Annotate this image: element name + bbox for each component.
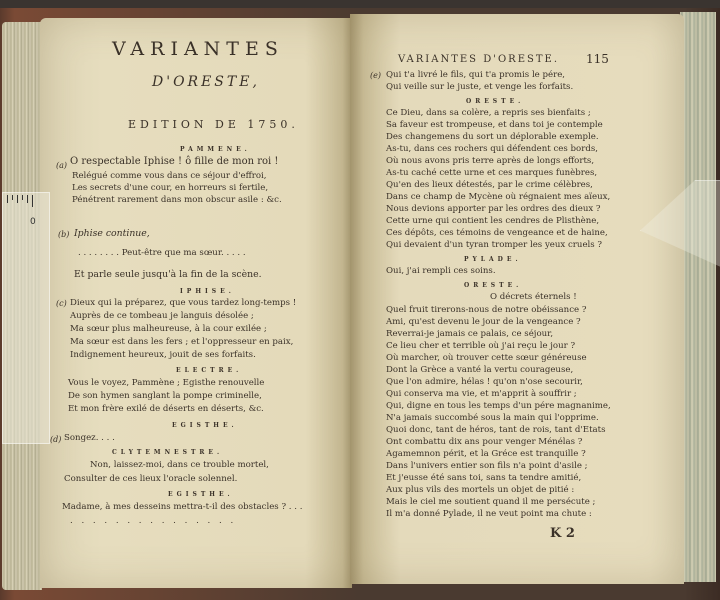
verse-line: Il m'a donné Pylade, il ne veut point ma…	[386, 509, 592, 519]
page-subtitle: D'ORESTE,	[152, 74, 260, 90]
verse-line: Que l'on admire, hélas ! qu'on n'ose sec…	[386, 377, 583, 387]
variant-mark: (e)	[370, 71, 381, 80]
speaker-label: ORESTE.	[464, 282, 522, 289]
ruler-zero-label: 0	[30, 217, 36, 227]
ruler-tick	[32, 195, 33, 207]
edition-heading: EDITION DE 1750.	[128, 118, 299, 131]
verse-line: Quel fruit tirerons-nous de notre obéiss…	[386, 305, 586, 315]
speaker-label: EGISTHE.	[168, 491, 234, 498]
verse-line: Madame, à mes desseins mettra-t-il des o…	[62, 502, 302, 512]
verse-line: Ce lieu cher et terrible où j'ai reçu le…	[386, 341, 575, 351]
verse-line: Qui veille sur le juste, et venge les fo…	[386, 82, 573, 92]
running-head: VARIANTES D'ORESTE.	[398, 54, 559, 65]
variant-mark: (b)	[58, 230, 69, 239]
ruler-tick	[22, 195, 23, 200]
verse-line: Qui t'a livré le fils, qui t'a promis le…	[386, 70, 565, 80]
verse-line: Non, laissez-moi, dans ce trouble mortel…	[90, 460, 269, 470]
verse-line: Dieux qui la préparez, que vous tardez l…	[70, 298, 296, 308]
verse-line: Relégué comme vous dans ce séjour d'effr…	[72, 171, 267, 181]
speaker-label: CLYTEMNESTRE.	[112, 449, 223, 456]
verse-line: Où nous avons pris terre après de longs …	[386, 156, 594, 166]
verse-line: Auprès de ce tombeau je languis désolée …	[70, 311, 254, 321]
speaker-label: IPHISE.	[180, 288, 235, 295]
variant-mark: (d)	[50, 435, 61, 444]
verse-line: Dont la Grèce a vanté la vertu courageus…	[386, 365, 573, 375]
verse-line: Qu'en des lieux détestés, par le crime c…	[386, 180, 593, 190]
speaker-label: ORESTE.	[466, 98, 524, 105]
verse-line: Ami, qu'est devenu le jour de la vengean…	[386, 317, 581, 327]
verse-line: Où marcher, où trouver cette sœur génére…	[386, 353, 587, 363]
ruler-tick	[17, 195, 18, 203]
verse-line: Et j'eusse été sans toi, sans ta tendre …	[386, 473, 581, 483]
verse-line: Vous le voyez, Pammène ; Egisthe renouve…	[68, 378, 264, 388]
verse-line: N'a jamais succombé sous la main qui l'o…	[386, 413, 599, 423]
ruler-tick	[12, 195, 13, 200]
verse-line: O respectable Iphise ! ô fille de mon ro…	[70, 156, 278, 167]
verse-line: Dans ce champ de Mycène où régnaient mes…	[386, 192, 610, 202]
verse-line: Et mon frère exilé de déserts en déserts…	[68, 404, 264, 414]
verse-line: Ma sœur plus malheureuse, à la cour exil…	[70, 324, 267, 334]
verse-line: Des changemens du sort un déplorable exe…	[386, 132, 599, 142]
verse-line: Dans l'univers entier son fils n'a point…	[386, 461, 588, 471]
verse-line: Cette urne qui contient les cendres de P…	[386, 216, 599, 226]
verse-line: Quoi donc, tant de héros, tant de rois, …	[386, 425, 606, 435]
speaker-label: ELECTRE.	[176, 367, 242, 374]
verse-line: Consulter de ces lieux l'oracle solennel…	[64, 474, 237, 484]
verse-line: Nous devions apporter par les ordres des…	[386, 204, 601, 214]
verse-line: Ce Dieu, dans sa colère, a repris ses bi…	[386, 108, 591, 118]
verse-line: O décrets éternels !	[490, 292, 577, 302]
verse-line: Sa faveur est trompeuse, et dans toi je …	[386, 120, 603, 130]
verse-line: Oui, j'ai rempli ces soins.	[386, 266, 496, 276]
speaker-label: PAMMENE.	[180, 146, 251, 153]
verse-line: Ont combattu dix ans pour venger Ménélas…	[386, 437, 582, 447]
speaker-label: PYLADE.	[464, 256, 522, 263]
variant-mark: (a)	[56, 161, 67, 170]
right-page-edges	[680, 12, 716, 582]
verse-line: Songez. . . .	[64, 433, 115, 443]
page-title: VARIANTES	[112, 38, 284, 60]
right-page: VARIANTES D'ORESTE. 115 (e) Qui t'a livr…	[350, 14, 684, 584]
ellipsis-line: . . . . . . . . . . . . . . .	[70, 516, 236, 526]
verse-line: Reverrai-je jamais ce palais, ce séjour,	[386, 329, 553, 339]
verse-line: Mais le ciel me soutient quand il me per…	[386, 497, 595, 507]
verse-line: Les secrets d'une cour, en horreurs si f…	[72, 183, 268, 193]
verse-line: Qui conserva ma vie, et m'apprit à souff…	[386, 389, 577, 399]
signature-mark: K 2	[550, 526, 575, 541]
verse-line: Pénétrent rarement dans mon obscur asile…	[72, 195, 282, 205]
verse-line: Ma sœur est dans les fers ; et l'oppress…	[70, 337, 293, 347]
ellipsis-line: . . . . . . . . Peut-être que ma sœur. .…	[78, 248, 246, 258]
ruler-tick	[27, 195, 28, 203]
stage-direction: Et parle seule jusqu'à la fin de la scèn…	[74, 269, 262, 280]
verse-line: Qui devaient d'un tyran tromper les yeux…	[386, 240, 602, 250]
page-number: 115	[586, 52, 609, 66]
verse-line: As-tu, dans ces rochers qui défendent ce…	[386, 144, 598, 154]
speaker-label: EGISTHE.	[172, 422, 238, 429]
verse-line: Indignement heureux, jouit de ses forfai…	[70, 350, 256, 360]
verse-line: De son hymen sanglant la pompe criminell…	[68, 391, 262, 401]
verse-line: Ces dépôts, ces témoins de vengeance et …	[386, 228, 608, 238]
ruler-tick	[7, 195, 8, 203]
verse-line: Agamemnon périt, et la Gréce est tranqui…	[386, 449, 586, 459]
verse-line: Qui, digne en tous les temps d'un pére m…	[386, 401, 611, 411]
variant-mark: (c)	[56, 299, 67, 308]
verse-line: Aux plus vils des mortels un objet de pi…	[386, 485, 574, 495]
measuring-ruler: 0	[2, 192, 50, 444]
verse-line: As-tu caché cette urne et ces marques fu…	[386, 168, 597, 178]
stage-direction: Iphise continue,	[74, 228, 150, 239]
left-page: VARIANTES D'ORESTE, EDITION DE 1750. PAM…	[40, 18, 352, 588]
